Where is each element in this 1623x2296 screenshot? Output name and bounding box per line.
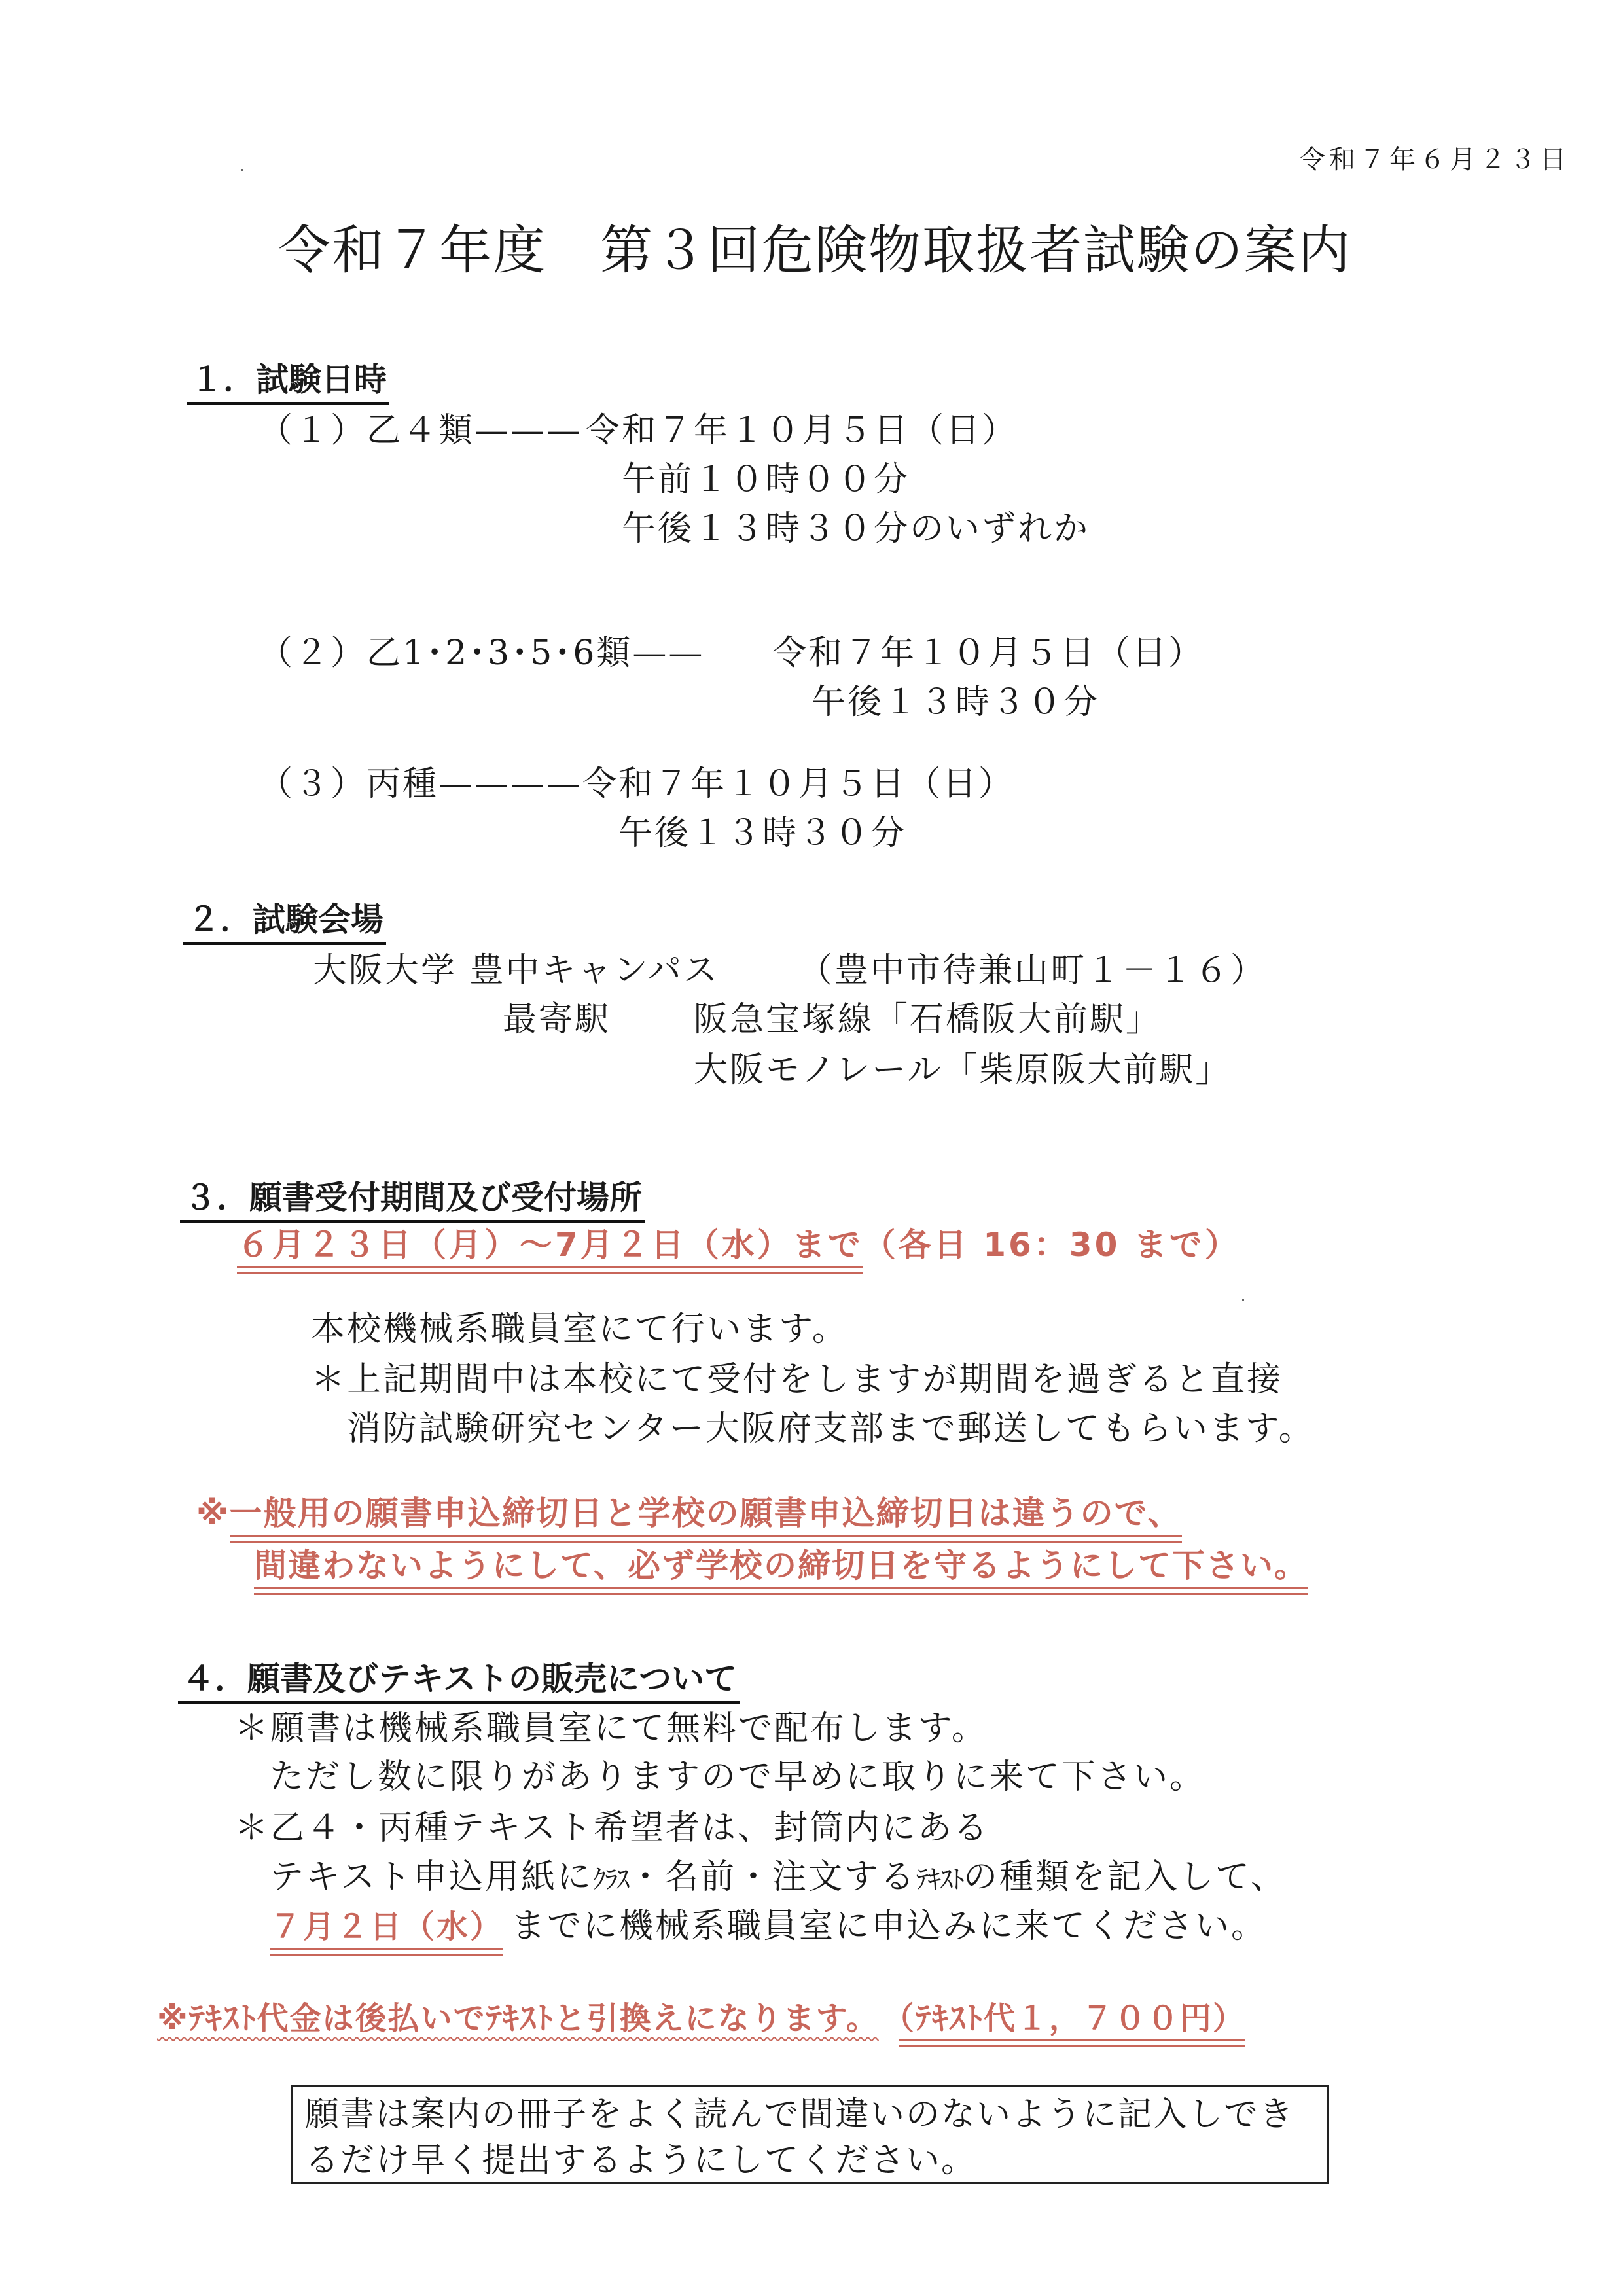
deadline-warning-2: 間違わないようにして、必ず学校の締切日を守るようにして下さい。: [254, 1539, 1308, 1587]
warning-mark: ※: [196, 1494, 230, 1532]
application-period-dates: ６月２３日（月）～7月２日（水）まで: [237, 1226, 863, 1268]
warning-line-1-text: 一般用の願書申込締切日と学校の願書申込締切日は違うので、: [230, 1494, 1182, 1537]
deadline-warning-1: ※一般用の願書申込締切日と学校の願書申込締切日は違うので、: [196, 1487, 1182, 1534]
line4-part-e: の種類を記入して、: [963, 1857, 1287, 1897]
station-2: 大阪モノレール「柴原阪大前駅」: [694, 1042, 1231, 1091]
exam-item-3-time: 午後１３時３０分: [618, 805, 906, 854]
exam-item-1-date: 令和７年１０月５日（日）: [586, 403, 1018, 452]
exam-item-1-time-2: 午後１３時３０分のいずれか: [622, 501, 1090, 550]
scan-speck: [241, 169, 243, 171]
sales-line-1: ＊願書は機械系職員室にて無料で配布します。: [234, 1700, 988, 1749]
exam-item-1-time-1: 午前１０時００分: [622, 452, 910, 501]
nearest-station-label: 最寄駅: [503, 992, 611, 1041]
section4-heading: ４．願書及びテキストの販売について: [178, 1653, 740, 1704]
sales-line-4: テキスト申込用紙にｸﾗｽ・名前・注文するﾃｷｽﾄの種類を記入して、: [270, 1849, 1287, 1898]
notice-box: 願書は案内の冊子をよく読んで間違いのないように記入しできるだけ早く提出するように…: [291, 2085, 1329, 2184]
exam-item-3-label: （３）丙種————: [259, 756, 582, 805]
page-title: 令和７年度 第３回危険物取扱者試験の案内: [278, 208, 1351, 283]
line4-part-c: ・名前・注文する: [628, 1857, 916, 1897]
application-daily-deadline: （各日 16：30 まで）: [863, 1226, 1240, 1264]
line4-text: ﾃｷｽﾄ: [916, 1865, 963, 1895]
sales-line-5: ７月２日（水）までに機械系職員室に申込みに来てください。: [270, 1898, 1267, 1947]
exam-item-2-label: （２）乙1･2･3･5･6類——: [259, 625, 704, 674]
section1-heading: １．試験日時: [187, 353, 389, 405]
exam-item-2-time: 午後１３時３０分: [811, 674, 1099, 723]
application-place: 本校機械系職員室にて行います。: [311, 1301, 848, 1350]
sales-line-3: ＊乙４・丙種テキスト希望者は、封筒内にある: [234, 1800, 990, 1849]
section3-heading: ３．願書受付期間及び受付場所: [180, 1172, 645, 1223]
exam-item-3-date: 令和７年１０月５日（日）: [582, 756, 1014, 805]
line5-rest: までに機械系職員室に申込みに来てください。: [511, 1907, 1267, 1946]
venue-name: 大阪大学 豊中キャンパス: [313, 942, 719, 992]
exam-item-2-date: 令和７年１０月５日（日）: [772, 625, 1204, 674]
application-period: ６月２３日（月）～7月２日（水）まで（各日 16：30 まで）: [237, 1219, 1240, 1266]
station-1: 阪急宝塚線「石橋阪大前駅」: [694, 992, 1162, 1041]
text-order-deadline: ７月２日（水）: [270, 1909, 503, 1950]
text-price: （ﾃｷｽﾄ代１，７００円）: [899, 2000, 1245, 2041]
section2-heading: ２．試験会場: [183, 893, 386, 945]
scan-speck: [1242, 1299, 1244, 1301]
exam-item-1-label: （１）乙４類———: [259, 403, 582, 452]
application-note-1: ＊上記期間中は本校にて受付をしますが期間を過ぎると直接: [311, 1352, 1283, 1401]
line4-part-a: テキスト申込用紙に: [270, 1857, 593, 1897]
issue-date: 令和７年６月２３日: [1299, 139, 1570, 176]
line4-class: ｸﾗｽ: [593, 1865, 628, 1895]
venue-address: （豊中市待兼山町１－１６）: [798, 942, 1266, 992]
application-note-2: 消防試験研究センター大阪府支部まで郵送してもらいます。: [347, 1401, 1315, 1450]
price-note: ※ﾃｷｽﾄ代金は後払いでﾃｷｽﾄと引換えになります。（ﾃｷｽﾄ代１，７００円）: [157, 1993, 1245, 2038]
warning-line-2-text: 間違わないようにして、必ず学校の締切日を守るようにして下さい。: [254, 1547, 1308, 1589]
sales-line-2: ただし数に限りがありますので早めに取りに来て下さい。: [270, 1749, 1205, 1798]
price-note-text: ※ﾃｷｽﾄ代金は後払いでﾃｷｽﾄと引換えになります。: [157, 2000, 879, 2037]
